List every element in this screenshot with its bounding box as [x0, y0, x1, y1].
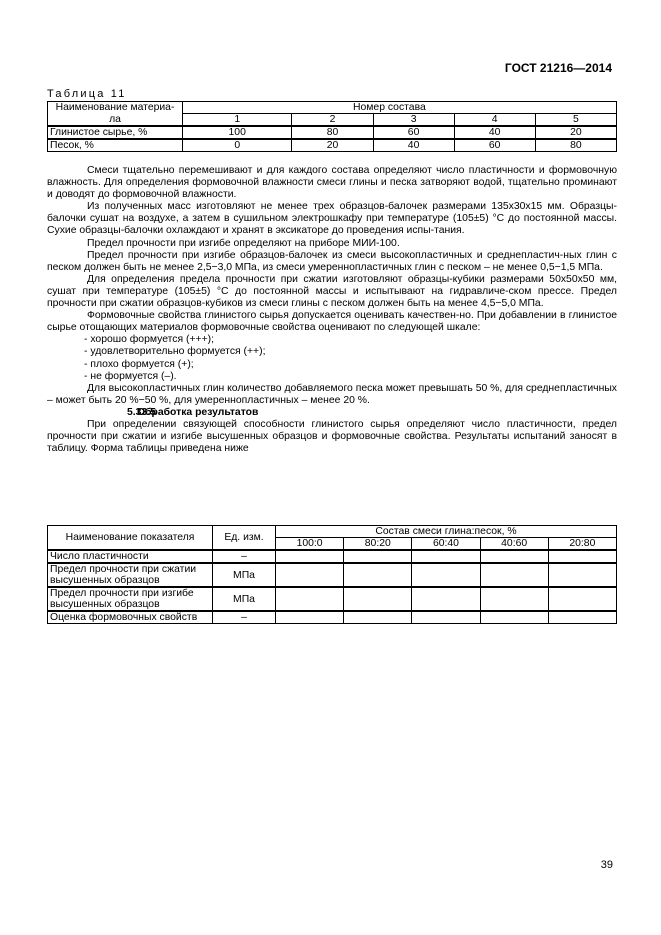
table-row: Предел прочности при сжатии высушенных о…: [48, 563, 617, 587]
empty-cell: [276, 550, 344, 563]
section-number: 5.33.5: [87, 407, 137, 419]
scale-item: - удовлетворительно формуется (++);: [47, 346, 617, 358]
header-mix-composition: Состав смеси глина:песок, %: [276, 526, 617, 538]
row-unit: –: [213, 550, 276, 563]
column-header: 2: [292, 114, 373, 127]
composition-table: Наименование материа- Номер состава ла 1…: [47, 101, 617, 152]
cell: 60: [373, 126, 454, 139]
column-header: 40:60: [480, 538, 548, 551]
column-header: 100:0: [276, 538, 344, 551]
empty-cell: [412, 587, 480, 611]
row-label: Песок, %: [48, 139, 183, 152]
empty-cell: [276, 587, 344, 611]
row-unit: МПа: [213, 563, 276, 587]
table-row: Число пластичности –: [48, 550, 617, 563]
cell: 80: [535, 139, 616, 152]
empty-cell: [276, 611, 344, 624]
paragraph: Формовочные свойства глинистого сырья до…: [47, 310, 617, 334]
empty-cell: [412, 550, 480, 563]
cell: 60: [454, 139, 535, 152]
row-label: Оценка формовочных свойств: [48, 611, 213, 624]
empty-cell: [344, 587, 412, 611]
column-header: 80:20: [344, 538, 412, 551]
paragraph: Предел прочности при изгибе образцов-бал…: [47, 250, 617, 274]
row-label: Число пластичности: [48, 550, 213, 563]
cell: 80: [292, 126, 373, 139]
results-form-table: Наименование показателя Ед. изм. Состав …: [47, 525, 617, 624]
empty-cell: [344, 550, 412, 563]
empty-cell: [344, 611, 412, 624]
paragraph: Смеси тщательно перемешивают и для каждо…: [47, 165, 617, 201]
table-caption: Таблица 11: [47, 88, 127, 100]
empty-cell: [412, 611, 480, 624]
empty-cell: [412, 563, 480, 587]
column-header: 5: [535, 114, 616, 127]
cell: 20: [292, 139, 373, 152]
row-unit: МПа: [213, 587, 276, 611]
table-row: Глинистое сырье, % 100 80 60 40 20: [48, 126, 617, 139]
page-number: 39: [601, 859, 613, 871]
empty-cell: [548, 611, 616, 624]
scale-item: - не формуется (–).: [47, 371, 617, 383]
table-row: Предел прочности при изгибе высушенных о…: [48, 587, 617, 611]
body-text: Смеси тщательно перемешивают и для каждо…: [47, 165, 617, 455]
empty-cell: [480, 550, 548, 563]
cell: 40: [454, 126, 535, 139]
paragraph: Для высокопластичных глин количество доб…: [47, 383, 617, 407]
table-row: Оценка формовочных свойств –: [48, 611, 617, 624]
row-label: Предел прочности при изгибе высушенных о…: [48, 587, 213, 611]
section-title: Обработка результатов: [137, 407, 258, 418]
empty-cell: [548, 587, 616, 611]
table-row: Песок, % 0 20 40 60 80: [48, 139, 617, 152]
cell: 100: [183, 126, 292, 139]
empty-cell: [480, 563, 548, 587]
row-label: Глинистое сырье, %: [48, 126, 183, 139]
scale-item: - плохо формуется (+);: [47, 359, 617, 371]
cell: 20: [535, 126, 616, 139]
empty-cell: [548, 550, 616, 563]
empty-cell: [344, 563, 412, 587]
paragraph: При определении связующей способности гл…: [47, 419, 617, 455]
cell: 0: [183, 139, 292, 152]
paragraph: Для определения предела прочности при сж…: [47, 274, 617, 310]
header-unit: Ед. изм.: [213, 526, 276, 551]
column-header: 60:40: [412, 538, 480, 551]
table-header-name-cont: ла: [48, 114, 183, 127]
empty-cell: [276, 563, 344, 587]
column-header: 3: [373, 114, 454, 127]
row-label: Предел прочности при сжатии высушенных о…: [48, 563, 213, 587]
column-header: 20:80: [548, 538, 616, 551]
empty-cell: [480, 611, 548, 624]
header-indicator-name: Наименование показателя: [48, 526, 213, 551]
section-heading: 5.33.5Обработка результатов: [47, 407, 617, 419]
table-header-group: Номер состава: [183, 102, 617, 114]
row-unit: –: [213, 611, 276, 624]
paragraph: Из полученных масс изготовляют не менее …: [47, 201, 617, 237]
cell: 40: [373, 139, 454, 152]
document-id: ГОСТ 21216—2014: [505, 61, 612, 75]
table-header-name: Наименование материа-: [48, 102, 183, 114]
empty-cell: [480, 587, 548, 611]
column-header: 1: [183, 114, 292, 127]
paragraph: Предел прочности при изгибе определяют н…: [47, 238, 617, 250]
scale-item: - хорошо формуется (+++);: [47, 334, 617, 346]
column-header: 4: [454, 114, 535, 127]
empty-cell: [548, 563, 616, 587]
